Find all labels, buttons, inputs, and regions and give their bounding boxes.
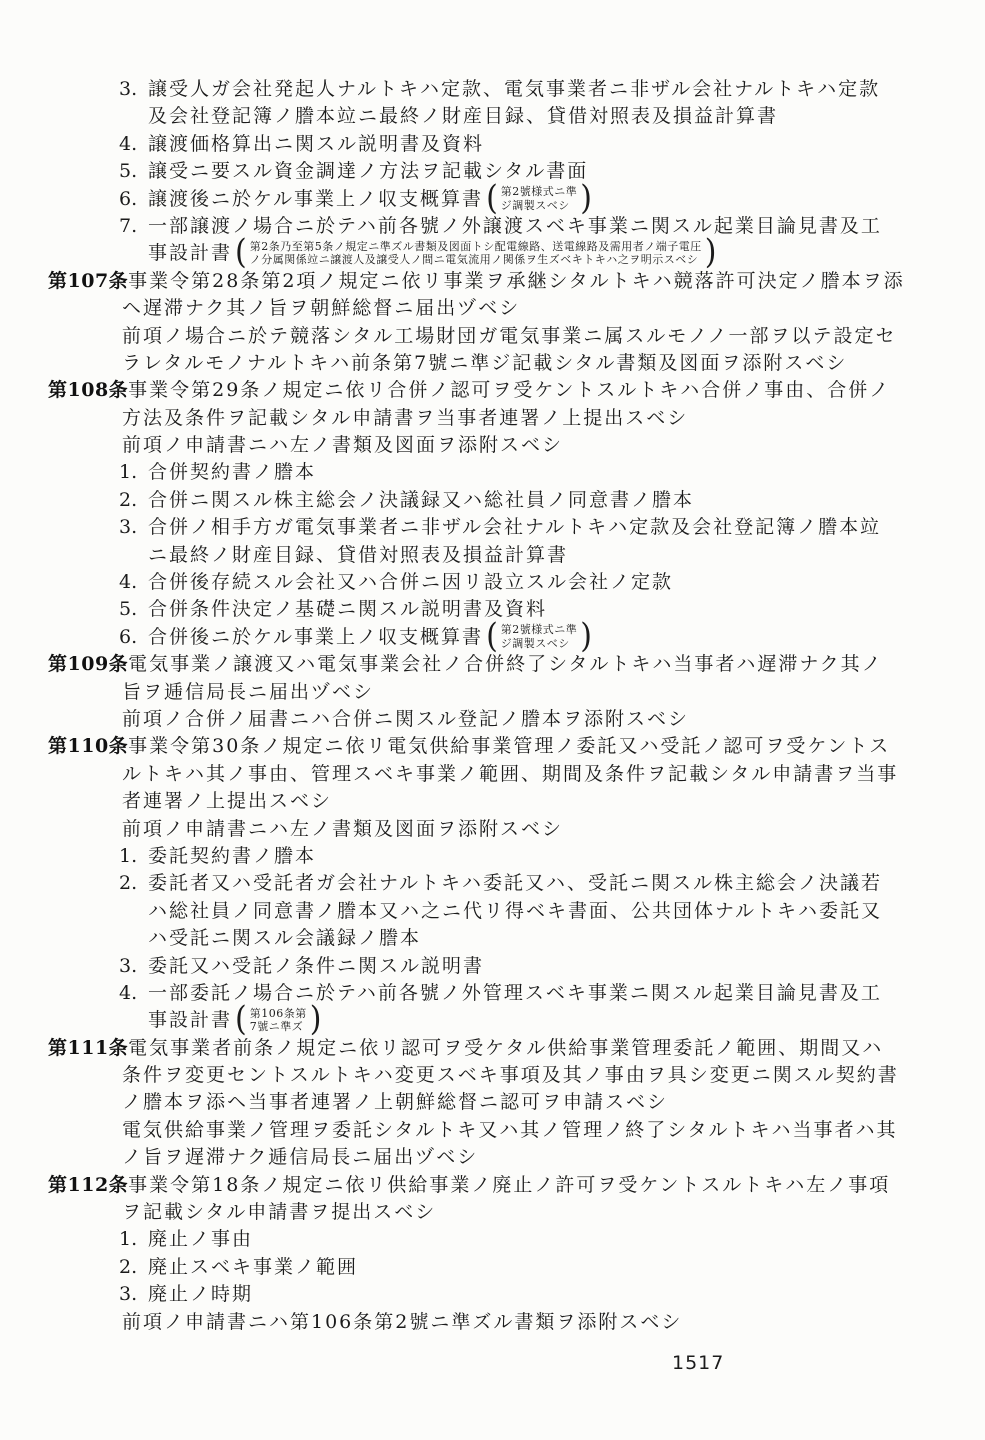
line-text: 前項ノ申請書ニハ左ノ書類及図面ヲ添附スベシ — [122, 816, 563, 842]
item-line: 1.委託契約書ノ謄本 — [0, 843, 985, 870]
annotation-note-line: 第2號様式ニ準 — [501, 185, 578, 199]
line-text: 廃止スベキ事業ノ範囲 — [148, 1254, 358, 1280]
item-number: 4. — [119, 131, 148, 157]
item-number: 2. — [119, 870, 148, 896]
line-text: 合併ニ関スル株主総会ノ決議録又ハ総社員ノ同意書ノ謄本 — [148, 487, 694, 513]
article-text: 事業令第18条ノ規定ニ依リ供給事業ノ廃止ノ許可ヲ受ケントスルトキハ左ノ事項 — [128, 1172, 890, 1198]
annotation-note-lines: 第2號様式ニ準ジ調製スベシ — [498, 623, 581, 650]
item-line: 4.譲渡価格算出ニ関スル説明書及資料 — [0, 131, 985, 158]
line-text: 合併後ニ於ケル事業上ノ収支概算書 — [148, 624, 483, 650]
item-line: 3.委託又ハ受託ノ条件ニ関スル説明書 — [0, 953, 985, 980]
body-line: 旨ヲ逓信局長ニ届出ヅベシ — [0, 679, 985, 706]
item-line: 3.譲受人ガ会社発起人ナルトキハ定款、電気事業者ニ非ザル会社ナルトキハ定款 — [0, 76, 985, 103]
line-text: 方法及条件ヲ記載シタル申請書ヲ当事者連署ノ上提出スベシ — [122, 405, 688, 431]
item-number: 1. — [119, 459, 148, 485]
item-number: 6. — [119, 624, 148, 650]
annotation-note-lines: 第2號様式ニ準ジ調製スベシ — [498, 185, 581, 212]
page-number: 1517 — [672, 1352, 724, 1374]
item-number: 2. — [119, 487, 148, 513]
article-number: 第107条 — [48, 268, 128, 294]
item-number: 4. — [119, 569, 148, 595]
body-line: 前項ノ申請書ニハ左ノ書類及図面ヲ添附スベシ — [0, 432, 985, 459]
line-text: 旨ヲ逓信局長ニ届出ヅベシ — [122, 679, 374, 705]
body-line: 者連署ノ上提出スベシ — [0, 788, 985, 815]
line-text: ハ総社員ノ同意書ノ謄本又ハ之ニ代リ得ベキ書面、公共団体ナルトキハ委託又 — [148, 898, 882, 924]
annotation-note-line: ジ調製スベシ — [501, 199, 578, 213]
item-line: 3.廃止ノ時期 — [0, 1281, 985, 1308]
body-line: 前項ノ場合ニ於テ競落シタル工場財団ガ電気事業ニ属スルモノノ一部ヲ以テ設定セ — [0, 323, 985, 350]
document-body: 3.譲受人ガ会社発起人ナルトキハ定款、電気事業者ニ非ザル会社ナルトキハ定款及会社… — [0, 76, 985, 1336]
paren-close: ) — [580, 183, 592, 214]
item-number: 5. — [119, 596, 148, 622]
line-text: 及会社登記簿ノ謄本竝ニ最終ノ財産目録、貸借対照表及損益計算書 — [148, 103, 778, 129]
line-text: 事設計書 — [148, 1007, 232, 1033]
line-text: 前項ノ場合ニ於テ競落シタル工場財団ガ電気事業ニ属スルモノノ一部ヲ以テ設定セ — [122, 323, 897, 349]
item-number: 3. — [119, 514, 148, 540]
item-number: 7. — [119, 213, 148, 239]
item-line: 1.廃止ノ事由 — [0, 1226, 985, 1253]
annotation-note: (第106条第7號ニ準ズ) — [235, 1006, 321, 1034]
line-text: ハ受託ニ関スル会議録ノ謄本 — [148, 925, 421, 951]
item-line: 6.合併後ニ於ケル事業上ノ収支概算書(第2號様式ニ準ジ調製スベシ) — [0, 624, 985, 651]
line-text: 委託又ハ受託ノ条件ニ関スル説明書 — [148, 953, 484, 979]
body-line: 前項ノ合併ノ届書ニハ合併ニ関スル登記ノ謄本ヲ添附スベシ — [0, 706, 985, 733]
item-line: ハ総社員ノ同意書ノ謄本又ハ之ニ代リ得ベキ書面、公共団体ナルトキハ委託又 — [0, 898, 985, 925]
item-line: 2.合併ニ関スル株主総会ノ決議録又ハ総社員ノ同意書ノ謄本 — [0, 487, 985, 514]
annotation-note-lines: 第2条乃至第5条ノ規定ニ準ズル書類及図面トシ配電線路、送電線路及需用者ノ端子電圧… — [247, 240, 705, 267]
body-line: 方法及条件ヲ記載シタル申請書ヲ当事者連署ノ上提出スベシ — [0, 405, 985, 432]
line-text: ニ最終ノ財産目録、貸借対照表及損益計算書 — [148, 542, 568, 568]
article-number: 第112条 — [48, 1172, 128, 1198]
line-text: 譲渡後ニ於ケル事業上ノ収支概算書 — [148, 186, 483, 212]
line-text: 事設計書 — [148, 240, 232, 266]
paren-close: ) — [705, 238, 717, 269]
article-number: 第110条 — [48, 733, 128, 759]
article-text: 電気事業ノ譲渡又ハ電気事業会社ノ合併終了シタルトキハ当事者ハ遅滞ナク其ノ — [128, 651, 882, 677]
line-text: 前項ノ申請書ニハ左ノ書類及図面ヲ添附スベシ — [122, 432, 563, 458]
line-text: 合併契約書ノ謄本 — [148, 459, 316, 485]
item-line: 2.廃止スベキ事業ノ範囲 — [0, 1254, 985, 1281]
paren-open: ( — [486, 183, 498, 214]
annotation-note: (第2號様式ニ準ジ調製スベシ) — [486, 623, 592, 651]
line-text: 委託契約書ノ謄本 — [148, 843, 316, 869]
item-line: 6.譲渡後ニ於ケル事業上ノ収支概算書(第2號様式ニ準ジ調製スベシ) — [0, 186, 985, 213]
line-text: 一部譲渡ノ場合ニ於テハ前各號ノ外譲渡スベキ事業ニ関スル起業目論見書及工 — [148, 213, 882, 239]
article-line: 第112条事業令第18条ノ規定ニ依リ供給事業ノ廃止ノ許可ヲ受ケントスルトキハ左ノ… — [0, 1172, 985, 1199]
body-line: ヘ遅滞ナク其ノ旨ヲ朝鮮総督ニ届出ヅベシ — [0, 295, 985, 322]
body-line: 電気供給事業ノ管理ヲ委託シタルトキ又ハ其ノ管理ノ終了シタルトキハ当事者ハ其 — [0, 1117, 985, 1144]
article-text: 事業令第30条ノ規定ニ依リ電気供給事業管理ノ委託又ハ受託ノ認可ヲ受ケントス — [128, 733, 890, 759]
body-line: ヲ記載シタル申請書ヲ提出スベシ — [0, 1199, 985, 1226]
paren-open: ( — [235, 1005, 247, 1036]
article-number: 第108条 — [48, 377, 128, 403]
line-text: 委託者又ハ受託者ガ会社ナルトキハ委託又ハ、受託ニ関スル株主総会ノ決議若 — [148, 870, 882, 896]
annotation-note-line: 7號ニ準ズ — [250, 1020, 307, 1034]
line-text: ノ旨ヲ遅滞ナク逓信局長ニ届出ヅベシ — [122, 1144, 478, 1170]
line-text: ルトキハ其ノ事由、管理スベキ事業ノ範囲、期間及条件ヲ記載シタル申請書ヲ当事 — [122, 761, 898, 787]
line-text: ノ謄本ヲ添ヘ当事者連署ノ上朝鮮総督ニ認可ヲ申請スベシ — [122, 1089, 668, 1115]
article-text: 事業令第29条ノ規定ニ依リ合併ノ認可ヲ受ケントスルトキハ合併ノ事由、合併ノ — [128, 377, 890, 403]
item-number: 3. — [119, 76, 148, 102]
paren-open: ( — [235, 238, 247, 269]
item-line: 4.一部委託ノ場合ニ於テハ前各號ノ外管理スベキ事業ニ関スル起業目論見書及工 — [0, 980, 985, 1007]
annotation-note-line: ジ調製スベシ — [501, 637, 578, 651]
item-number: 6. — [119, 186, 148, 212]
annotation-note: (第2號様式ニ準ジ調製スベシ) — [486, 185, 592, 213]
item-line: 事設計書(第2条乃至第5条ノ規定ニ準ズル書類及図面トシ配電線路、送電線路及需用者… — [0, 240, 985, 267]
paren-close: ) — [310, 1005, 322, 1036]
item-line: 事設計書(第106条第7號ニ準ズ) — [0, 1007, 985, 1034]
article-line: 第107条事業令第28条第2項ノ規定ニ依リ事業ヲ承継シタルトキハ競落許可決定ノ謄… — [0, 268, 985, 295]
annotation-note-line: 第106条第 — [250, 1007, 307, 1021]
line-text: 合併ノ相手方ガ電気事業者ニ非ザル会社ナルトキハ定款及会社登記簿ノ謄本竝 — [148, 514, 881, 540]
paren-open: ( — [486, 621, 498, 652]
body-line: ラレタルモノナルトキハ前条第7號ニ準ジ記載シタル書類及図面ヲ添附スベシ — [0, 350, 985, 377]
line-text: ヲ記載シタル申請書ヲ提出スベシ — [122, 1199, 436, 1225]
line-text: ヘ遅滞ナク其ノ旨ヲ朝鮮総督ニ届出ヅベシ — [122, 295, 520, 321]
line-text: 合併後存続スル会社又ハ合併ニ因リ設立スル会社ノ定款 — [148, 569, 673, 595]
line-text: 譲渡価格算出ニ関スル説明書及資料 — [148, 131, 484, 157]
line-text: 前項ノ申請書ニハ第106条第2號ニ準ズル書類ヲ添附スベシ — [122, 1309, 682, 1335]
article-line: 第111条電気事業者前条ノ規定ニ依リ認可ヲ受ケタル供給事業管理委託ノ範囲、期間又… — [0, 1035, 985, 1062]
line-text: 電気供給事業ノ管理ヲ委託シタルトキ又ハ其ノ管理ノ終了シタルトキハ当事者ハ其 — [122, 1117, 897, 1143]
annotation-note-line: ノ分属関係竝ニ譲渡人及譲受人ノ間ニ電気流用ノ関係ヲ生ズベキトキハ之ヲ明示スベシ — [250, 253, 702, 267]
article-line: 第108条事業令第29条ノ規定ニ依リ合併ノ認可ヲ受ケントスルトキハ合併ノ事由、合… — [0, 377, 985, 404]
body-line: ノ謄本ヲ添ヘ当事者連署ノ上朝鮮総督ニ認可ヲ申請スベシ — [0, 1089, 985, 1116]
line-text: 廃止ノ事由 — [148, 1226, 253, 1252]
body-line: ノ旨ヲ遅滞ナク逓信局長ニ届出ヅベシ — [0, 1144, 985, 1171]
item-number: 1. — [119, 843, 148, 869]
item-number: 3. — [119, 1281, 148, 1307]
line-text: 一部委託ノ場合ニ於テハ前各號ノ外管理スベキ事業ニ関スル起業目論見書及工 — [148, 980, 882, 1006]
paren-close: ) — [580, 621, 592, 652]
article-line: 第110条事業令第30条ノ規定ニ依リ電気供給事業管理ノ委託又ハ受託ノ認可ヲ受ケン… — [0, 733, 985, 760]
item-line: 及会社登記簿ノ謄本竝ニ最終ノ財産目録、貸借対照表及損益計算書 — [0, 103, 985, 130]
item-number: 1. — [119, 1226, 148, 1252]
item-number: 3. — [119, 953, 148, 979]
line-text: ラレタルモノナルトキハ前条第7號ニ準ジ記載シタル書類及図面ヲ添附スベシ — [122, 350, 847, 376]
line-text: 前項ノ合併ノ届書ニハ合併ニ関スル登記ノ謄本ヲ添附スベシ — [122, 706, 689, 732]
annotation-note-line: 第2號様式ニ準 — [501, 623, 578, 637]
line-text: 条件ヲ変更セントスルトキハ変更スベキ事項及其ノ事由ヲ具シ変更ニ関スル契約書 — [122, 1062, 899, 1088]
item-line: 4.合併後存続スル会社又ハ合併ニ因リ設立スル会社ノ定款 — [0, 569, 985, 596]
item-line: ニ最終ノ財産目録、貸借対照表及損益計算書 — [0, 542, 985, 569]
item-number: 4. — [119, 980, 148, 1006]
item-line: 2.委託者又ハ受託者ガ会社ナルトキハ委託又ハ、受託ニ関スル株主総会ノ決議若 — [0, 870, 985, 897]
item-line: 3.合併ノ相手方ガ電気事業者ニ非ザル会社ナルトキハ定款及会社登記簿ノ謄本竝 — [0, 514, 985, 541]
annotation-note: (第2条乃至第5条ノ規定ニ準ズル書類及図面トシ配電線路、送電線路及需用者ノ端子電… — [235, 239, 716, 267]
scanned-page: 3.譲受人ガ会社発起人ナルトキハ定款、電気事業者ニ非ザル会社ナルトキハ定款及会社… — [0, 0, 985, 1440]
line-text: 譲受ニ要スル資金調達ノ方法ヲ記載シタル書面 — [148, 158, 588, 184]
line-text: 廃止ノ時期 — [148, 1281, 253, 1307]
article-number: 第111条 — [48, 1035, 128, 1061]
item-number: 5. — [119, 158, 148, 184]
body-line: ルトキハ其ノ事由、管理スベキ事業ノ範囲、期間及条件ヲ記載シタル申請書ヲ当事 — [0, 761, 985, 788]
item-line: ハ受託ニ関スル会議録ノ謄本 — [0, 925, 985, 952]
item-line: 1.合併契約書ノ謄本 — [0, 459, 985, 486]
annotation-note-line: 第2条乃至第5条ノ規定ニ準ズル書類及図面トシ配電線路、送電線路及需用者ノ端子電圧 — [250, 240, 702, 254]
annotation-note-lines: 第106条第7號ニ準ズ — [247, 1007, 310, 1034]
body-line: 前項ノ申請書ニハ左ノ書類及図面ヲ添附スベシ — [0, 816, 985, 843]
line-text: 譲受人ガ会社発起人ナルトキハ定款、電気事業者ニ非ザル会社ナルトキハ定款 — [148, 76, 880, 102]
body-line: 条件ヲ変更セントスルトキハ変更スベキ事項及其ノ事由ヲ具シ変更ニ関スル契約書 — [0, 1062, 985, 1089]
article-number: 第109条 — [48, 651, 128, 677]
line-text: 者連署ノ上提出スベシ — [122, 788, 332, 814]
body-line: 前項ノ申請書ニハ第106条第2號ニ準ズル書類ヲ添附スベシ — [0, 1309, 985, 1336]
item-number: 2. — [119, 1254, 148, 1280]
